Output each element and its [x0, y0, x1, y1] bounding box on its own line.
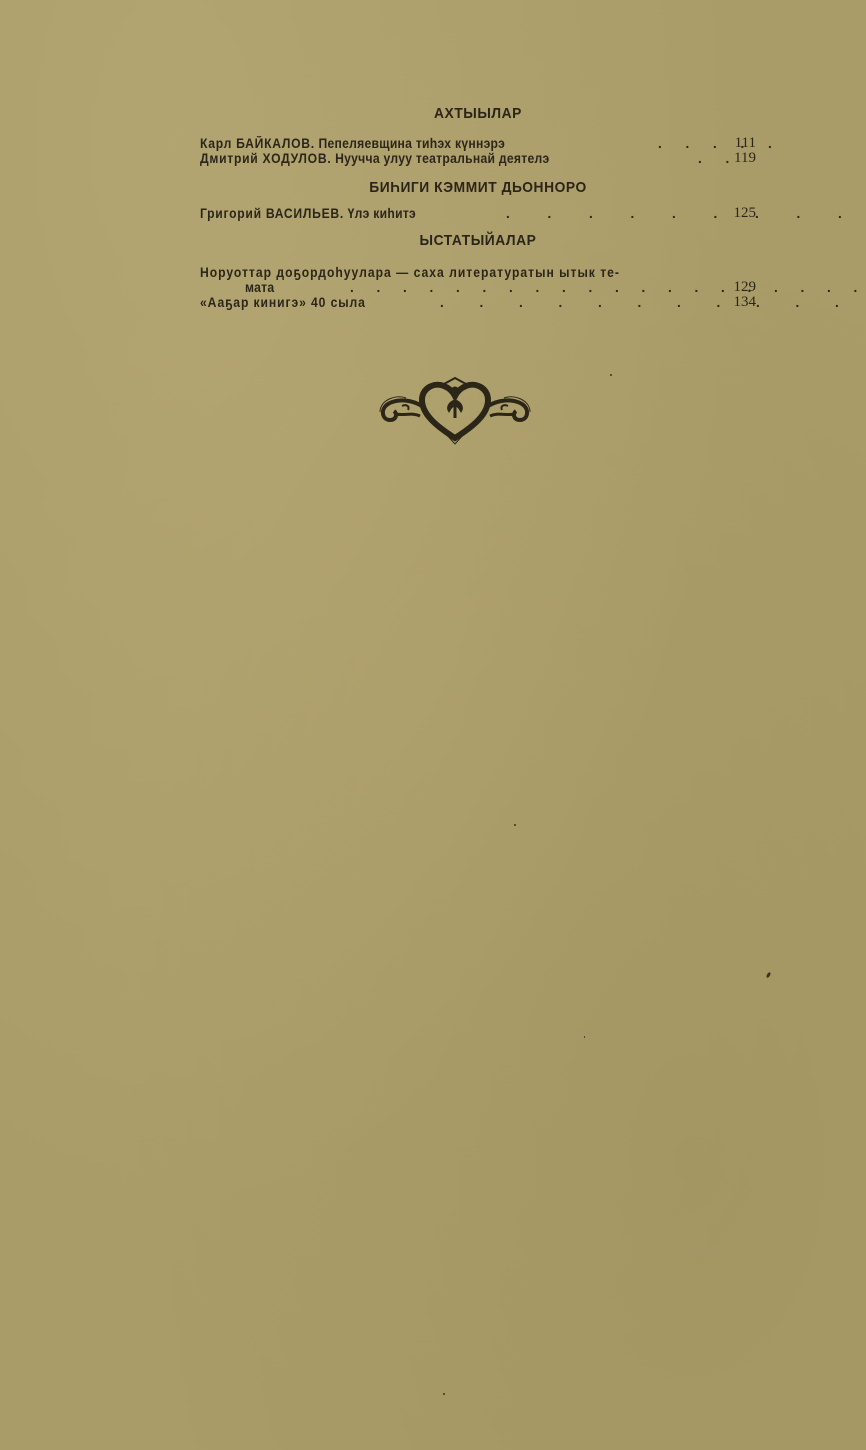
dot-leader: . . . . . . . . . . . [440, 295, 855, 310]
heart-fleuron-ornament-icon [376, 376, 534, 446]
toc-entry[interactable]: Карл БАЙКАЛОВ. Пепеляевщина тиһэх күннэр… [200, 136, 756, 151]
entry-title: Үлэ киһитэ [348, 206, 416, 221]
entry-title: мата [245, 280, 274, 295]
paper-speck [514, 824, 516, 826]
page-number: 119 [734, 151, 756, 166]
page-number: 129 [734, 280, 757, 295]
dot-leader: . . . . . [658, 136, 782, 151]
entry-title: Норуоттар доҕордоһуулара — саха литерату… [200, 265, 620, 280]
entry-author: Карл БАЙКАЛОВ. [200, 136, 315, 151]
paper-speck [443, 1393, 445, 1395]
toc-entry[interactable]: Григорий ВАСИЛЬЕВ. Үлэ киһитэ . . . . . … [200, 206, 756, 221]
entry-title: Нуучча улуу театральнай деятелэ [335, 151, 549, 166]
dot-leader: . . . . . . . . . [506, 206, 859, 221]
paper-speck [766, 972, 772, 979]
table-of-contents: АХТЫЫЛАР Карл БАЙКАЛОВ. Пепеляевщина тиһ… [200, 104, 756, 310]
paper-speck [584, 1036, 585, 1038]
section-heading-akhtyylar: АХТЫЫЛАР [222, 104, 734, 124]
entry-author: Григорий ВАСИЛЬЕВ. [200, 206, 344, 221]
page-number: 125 [734, 206, 757, 221]
paper-speck [610, 374, 612, 376]
toc-entry[interactable]: «Ааҕар кинигэ» 40 сыла . . . . . . . . .… [200, 295, 756, 310]
entry-title: Пепеляевщина тиһэх күннэрэ [319, 136, 506, 151]
entry-title: «Ааҕар кинигэ» 40 сыла [200, 295, 366, 310]
entry-author: Дмитрий ХОДУЛОВ. [200, 151, 331, 166]
page-number: 111 [735, 136, 756, 151]
toc-entry-continuation[interactable]: мата . . . . . . . . . . . . . . . . . .… [200, 280, 756, 295]
dot-leader: . . . . . . . . . . . . . . . . . . . . [350, 280, 866, 295]
toc-entry[interactable]: Дмитрий ХОДУЛОВ. Нуучча улуу театральнай… [200, 151, 756, 166]
page-number: 134 [734, 295, 757, 310]
section-heading-ystatyialar: ЫСТАТЫЙАЛАР [222, 231, 734, 251]
toc-entry[interactable]: Норуоттар доҕордоһуулара — саха литерату… [200, 265, 756, 280]
section-heading-bihigi-kemmit-dyonnoro: БИҺИГИ КЭММИТ ДЬОННОРО [222, 178, 734, 198]
